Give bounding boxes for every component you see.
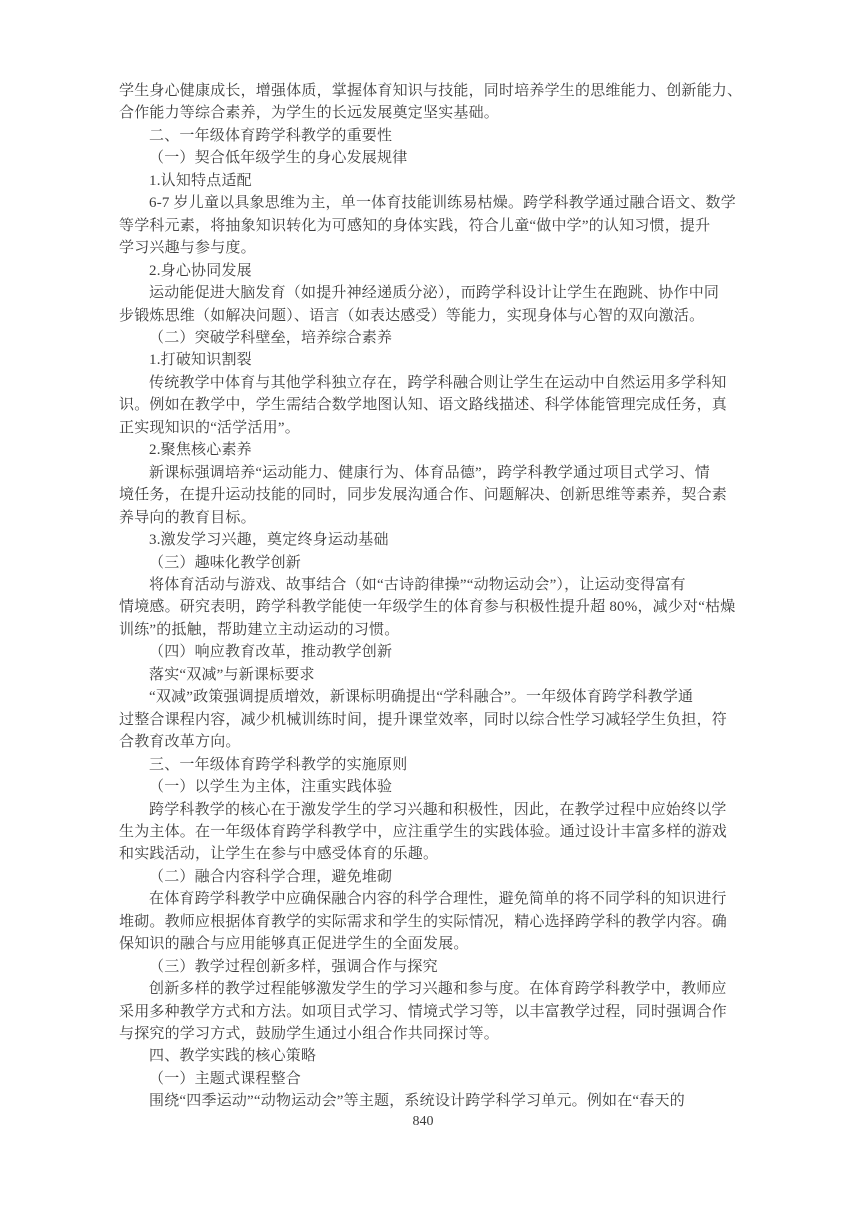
text-line: 和实践活动，让学生在参与中感受体育的乐趣。 [119,843,733,865]
text-line: 识。例如在教学中，学生需结合数学地图认知、语文路线描述、科学体能管理完成任务，真 [119,394,733,416]
text-line: 1.认知特点适配 [119,170,733,192]
text-line: 二、一年级体育跨学科教学的重要性 [119,125,733,147]
text-line: 学习兴趣与参与度。 [119,237,733,259]
text-line: 三、一年级体育跨学科教学的实施原则 [119,754,733,776]
document-text: 学生身心健康成长，增强体质，掌握体育知识与技能，同时培养学生的思维能力、创新能力… [119,80,733,1113]
text-line: 等学科元素，将抽象知识转化为可感知的身体实践，符合儿童“做中学”的认知习惯，提升 [119,215,733,237]
text-line: （三）趣味化教学创新 [119,552,733,574]
text-line: 情境感。研究表明，跨学科教学能使一年级学生的体育参与积极性提升超 80%，减少对… [119,596,733,618]
text-line: 3.激发学习兴趣，奠定终身运动基础 [119,529,733,551]
text-line: 运动能促进大脑发育（如提升神经递质分泌），而跨学科设计让学生在跑跳、协作中同 [119,282,733,304]
text-line: 正实现知识的“活学活用”。 [119,417,733,439]
text-line: （一）契合低年级学生的身心发展规律 [119,147,733,169]
text-line: 新课标强调培养“运动能力、健康行为、体育品德”，跨学科教学通过项目式学习、情 [119,462,733,484]
text-line: 2.身心协同发展 [119,260,733,282]
text-line: （一）以学生为主体，注重实践体验 [119,776,733,798]
page-number: 840 [0,1112,846,1132]
text-line: “双减”政策强调提质增效，新课标明确提出“学科融合”。一年级体育跨学科教学通 [119,686,733,708]
text-line: 学生身心健康成长，增强体质，掌握体育知识与技能，同时培养学生的思维能力、创新能力… [119,80,733,102]
text-line: 创新多样的教学过程能够激发学生的学习兴趣和参与度。在体育跨学科教学中，教师应 [119,978,733,1000]
text-line: 合作能力等综合素养，为学生的长远发展奠定坚实基础。 [119,102,733,124]
text-line: 步锻炼思维（如解决问题）、语言（如表达感受）等能力，实现身体与心智的双向激活。 [119,305,733,327]
text-line: 境任务，在提升运动技能的同时，同步发展沟通合作、问题解决、创新思维等素养，契合素 [119,484,733,506]
text-line: （二）突破学科壁垒，培养综合素养 [119,327,733,349]
text-line: 采用多种教学方式和方法。如项目式学习、情境式学习等，以丰富教学过程，同时强调合作 [119,1001,733,1023]
text-line: （四）响应教育改革，推动教学创新 [119,641,733,663]
text-line: 传统教学中体育与其他学科独立存在，跨学科融合则让学生在运动中自然运用多学科知 [119,372,733,394]
text-line: 在体育跨学科教学中应确保融合内容的科学合理性，避免简单的将不同学科的知识进行 [119,888,733,910]
text-line: 合教育改革方向。 [119,731,733,753]
text-line: （一）主题式课程整合 [119,1068,733,1090]
text-line: 6-7 岁儿童以具象思维为主，单一体育技能训练易枯燥。跨学科教学通过融合语文、数… [119,192,733,214]
text-line: 保知识的融合与应用能够真正促进学生的全面发展。 [119,933,733,955]
text-line: （三）教学过程创新多样，强调合作与探究 [119,956,733,978]
text-line: 过整合课程内容，减少机械训练时间，提升课堂效率，同时以综合性学习减轻学生负担，符 [119,709,733,731]
text-line: 围绕“四季运动”“动物运动会”等主题，系统设计跨学科学习单元。例如在“春天的 [119,1090,733,1112]
document-page: 学生身心健康成长，增强体质，掌握体育知识与技能，同时培养学生的思维能力、创新能力… [0,0,850,1205]
text-line: 堆砌。教师应根据体育教学的实际需求和学生的实际情况，精心选择跨学科的教学内容。确 [119,911,733,933]
text-line: 生为主体。在一年级体育跨学科教学中，应注重学生的实践体验。通过设计丰富多样的游戏 [119,821,733,843]
text-line: 与探究的学习方式，鼓励学生通过小组合作共同探讨等。 [119,1023,733,1045]
text-line: （二）融合内容科学合理，避免堆砌 [119,866,733,888]
text-line: 养导向的教育目标。 [119,507,733,529]
text-line: 训练”的抵触，帮助建立主动运动的习惯。 [119,619,733,641]
text-line: 四、教学实践的核心策略 [119,1045,733,1067]
text-line: 2.聚焦核心素养 [119,439,733,461]
text-line: 将体育活动与游戏、故事结合（如“古诗韵律操”“动物运动会”），让运动变得富有 [119,574,733,596]
text-line: 1.打破知识割裂 [119,349,733,371]
text-line: 落实“双减”与新课标要求 [119,664,733,686]
text-line: 跨学科教学的核心在于激发学生的学习兴趣和积极性，因此，在教学过程中应始终以学 [119,799,733,821]
